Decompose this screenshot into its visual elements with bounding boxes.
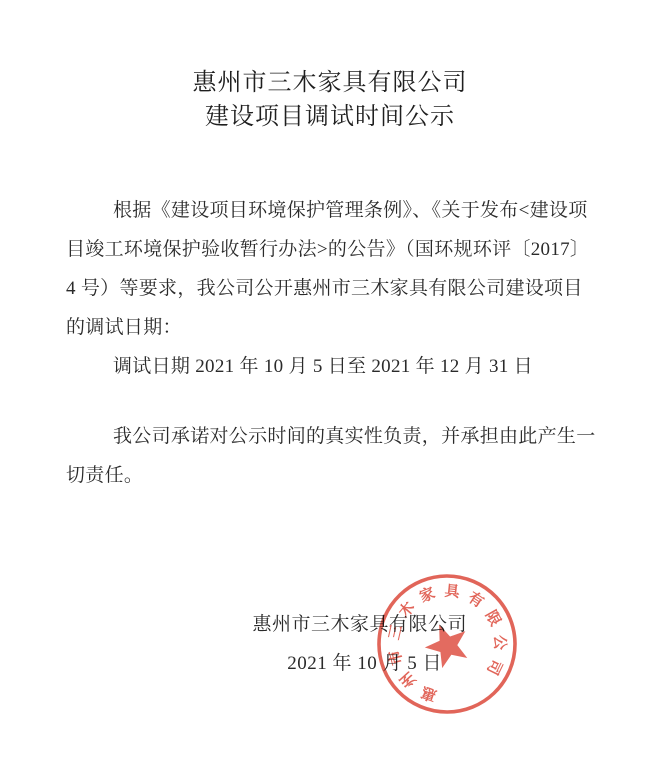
signature-date: 2021 年 10 月 5 日: [66, 644, 594, 683]
body-line: 根据《建设项目环境保护管理条例》、《关于发布<建设项: [66, 191, 594, 230]
signature-company-name: 惠州市三木家具有限公司: [66, 605, 594, 644]
document-page: 惠州市三木家具有限公司 建设项目调试时间公示 根据《建设项目环境保护管理条例》、…: [0, 0, 660, 773]
paragraph-commitment: 我公司承诺对公示时间的真实性负责，并承担由此产生一 切责任。: [66, 417, 594, 495]
debug-schedule-line: 调试日期 2021 年 10 月 5 日至 2021 年 12 月 31 日: [66, 347, 594, 386]
body-line: 的调试日期：: [66, 308, 594, 347]
paragraph-legal-basis: 根据《建设项目环境保护管理条例》、《关于发布<建设项 目竣工环境保护验收暂行办法…: [66, 191, 594, 347]
document-title: 惠州市三木家具有限公司 建设项目调试时间公示: [0, 0, 660, 134]
signature-block: 惠州市三木家具有限公司 2021 年 10 月 5 日: [66, 605, 594, 683]
body-line: 我公司承诺对公示时间的真实性负责，并承担由此产生一: [66, 417, 594, 456]
title-line-2: 建设项目调试时间公示: [0, 100, 660, 134]
body-line: 4 号）等要求，我公司公开惠州市三木家具有限公司建设项目: [66, 269, 594, 308]
svg-text:惠: 惠: [418, 682, 439, 704]
body-line: 切责任。: [66, 456, 594, 495]
body-line: 目竣工环境保护验收暂行办法>的公告》（国环规环评〔2017〕: [66, 230, 594, 269]
title-line-1: 惠州市三木家具有限公司: [0, 66, 660, 100]
document-body: 根据《建设项目环境保护管理条例》、《关于发布<建设项 目竣工环境保护验收暂行办法…: [66, 191, 594, 683]
